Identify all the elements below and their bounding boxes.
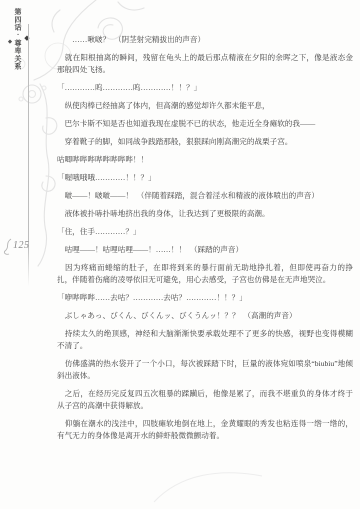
paragraph: 因为疼痛而蜷缩的肚子，在即将到来的暴行面前无助地挣扎着，但即使再奋力的挣扎，伴随… [57, 262, 353, 286]
chapter-title: 第四话·尊卑关系 [13, 8, 23, 70]
diamond-icon: ◆ [23, 8, 31, 68]
dialogue-line: 「住，住手…………？」 [57, 226, 353, 238]
paragraph: 之后，在经历完反复四五次粗暴的蹂躏后，他像是累了，而我不堪重负的身体才终于从子宫… [57, 388, 353, 412]
paragraph: 仰躺在潮水的浅洼中，四肢瘫软地倒在地上，金黄耀眼的秀发也粘连得一绺一绺的，有气无… [57, 418, 353, 442]
dialogue-line: 「喔哦哦哦…………！！？」 [57, 172, 353, 184]
paragraph: 巴尔卡斯不知是否也知道我现在虚脱不已的状态，他走近全身瘫软的我—— [57, 118, 353, 130]
sfx-line: 啵——！啵啵——！ （伴随着踩踏，混合着淫水和精液的液体喷出的声音） [57, 190, 353, 202]
paragraph: 液体被扑哧扑哧地挤出我的身体，让我达到了更极限的高潮。 [57, 208, 353, 220]
paragraph: 穿着靴子的脚，如同战争践踏那般，狠狠踩向刚高潮完的战栗子宫。 [57, 136, 353, 148]
sfx-line: ぶしゃあっ、びくん、びくんッ、びくうんッ！？？ （高潮的声音） [57, 310, 353, 322]
paragraph: 就在阳根抽离的瞬间，残留在龟头上的最后那点精液在夕阳的余晖之下，像是液态金那般四… [57, 52, 353, 76]
sfx-line: ……啾啵？ （阴茎射完精拔出的声音） [57, 34, 353, 46]
paragraph: 持续太久的绝顶感，神经和大脑渐渐快要承载处理不了更多的快感，视野也变得模糊不清了… [57, 328, 353, 352]
dialogue-line: 「…………呜…………呜…………！！？」 [57, 82, 353, 94]
paragraph: 纵使肉棒已经抽离了体内，但高潮的感觉却许久都未能平息， [57, 100, 353, 112]
paragraph: 仿佛盛满的热水袋开了一个小口，每次被踩踏下时，巨量的液体宛如喷泉“biubiu”… [57, 358, 353, 382]
dialogue-line: 「咿哔哔哔……去咕？…………去咕？…………！！？」 [57, 292, 353, 304]
faint-curl-icon [150, 462, 270, 507]
book-page: ◆ 第四话·尊卑关系 ◆ 125 ……啾啵？ （阴茎射完精拔出的声音） 就在阳根… [0, 0, 360, 509]
sfx-line: 咕哩——！咕哩咕哩——！……！！ （踩踏的声音） [57, 244, 353, 256]
sfx-line: 咕唧哔哔哔哔哔哔哔哔！！ [57, 154, 353, 166]
page-number: 125 [13, 240, 30, 251]
text-column: ……啾啵？ （阴茎射完精拔出的声音） 就在阳根抽离的瞬间，残留在龟头上的最后那点… [57, 34, 353, 448]
